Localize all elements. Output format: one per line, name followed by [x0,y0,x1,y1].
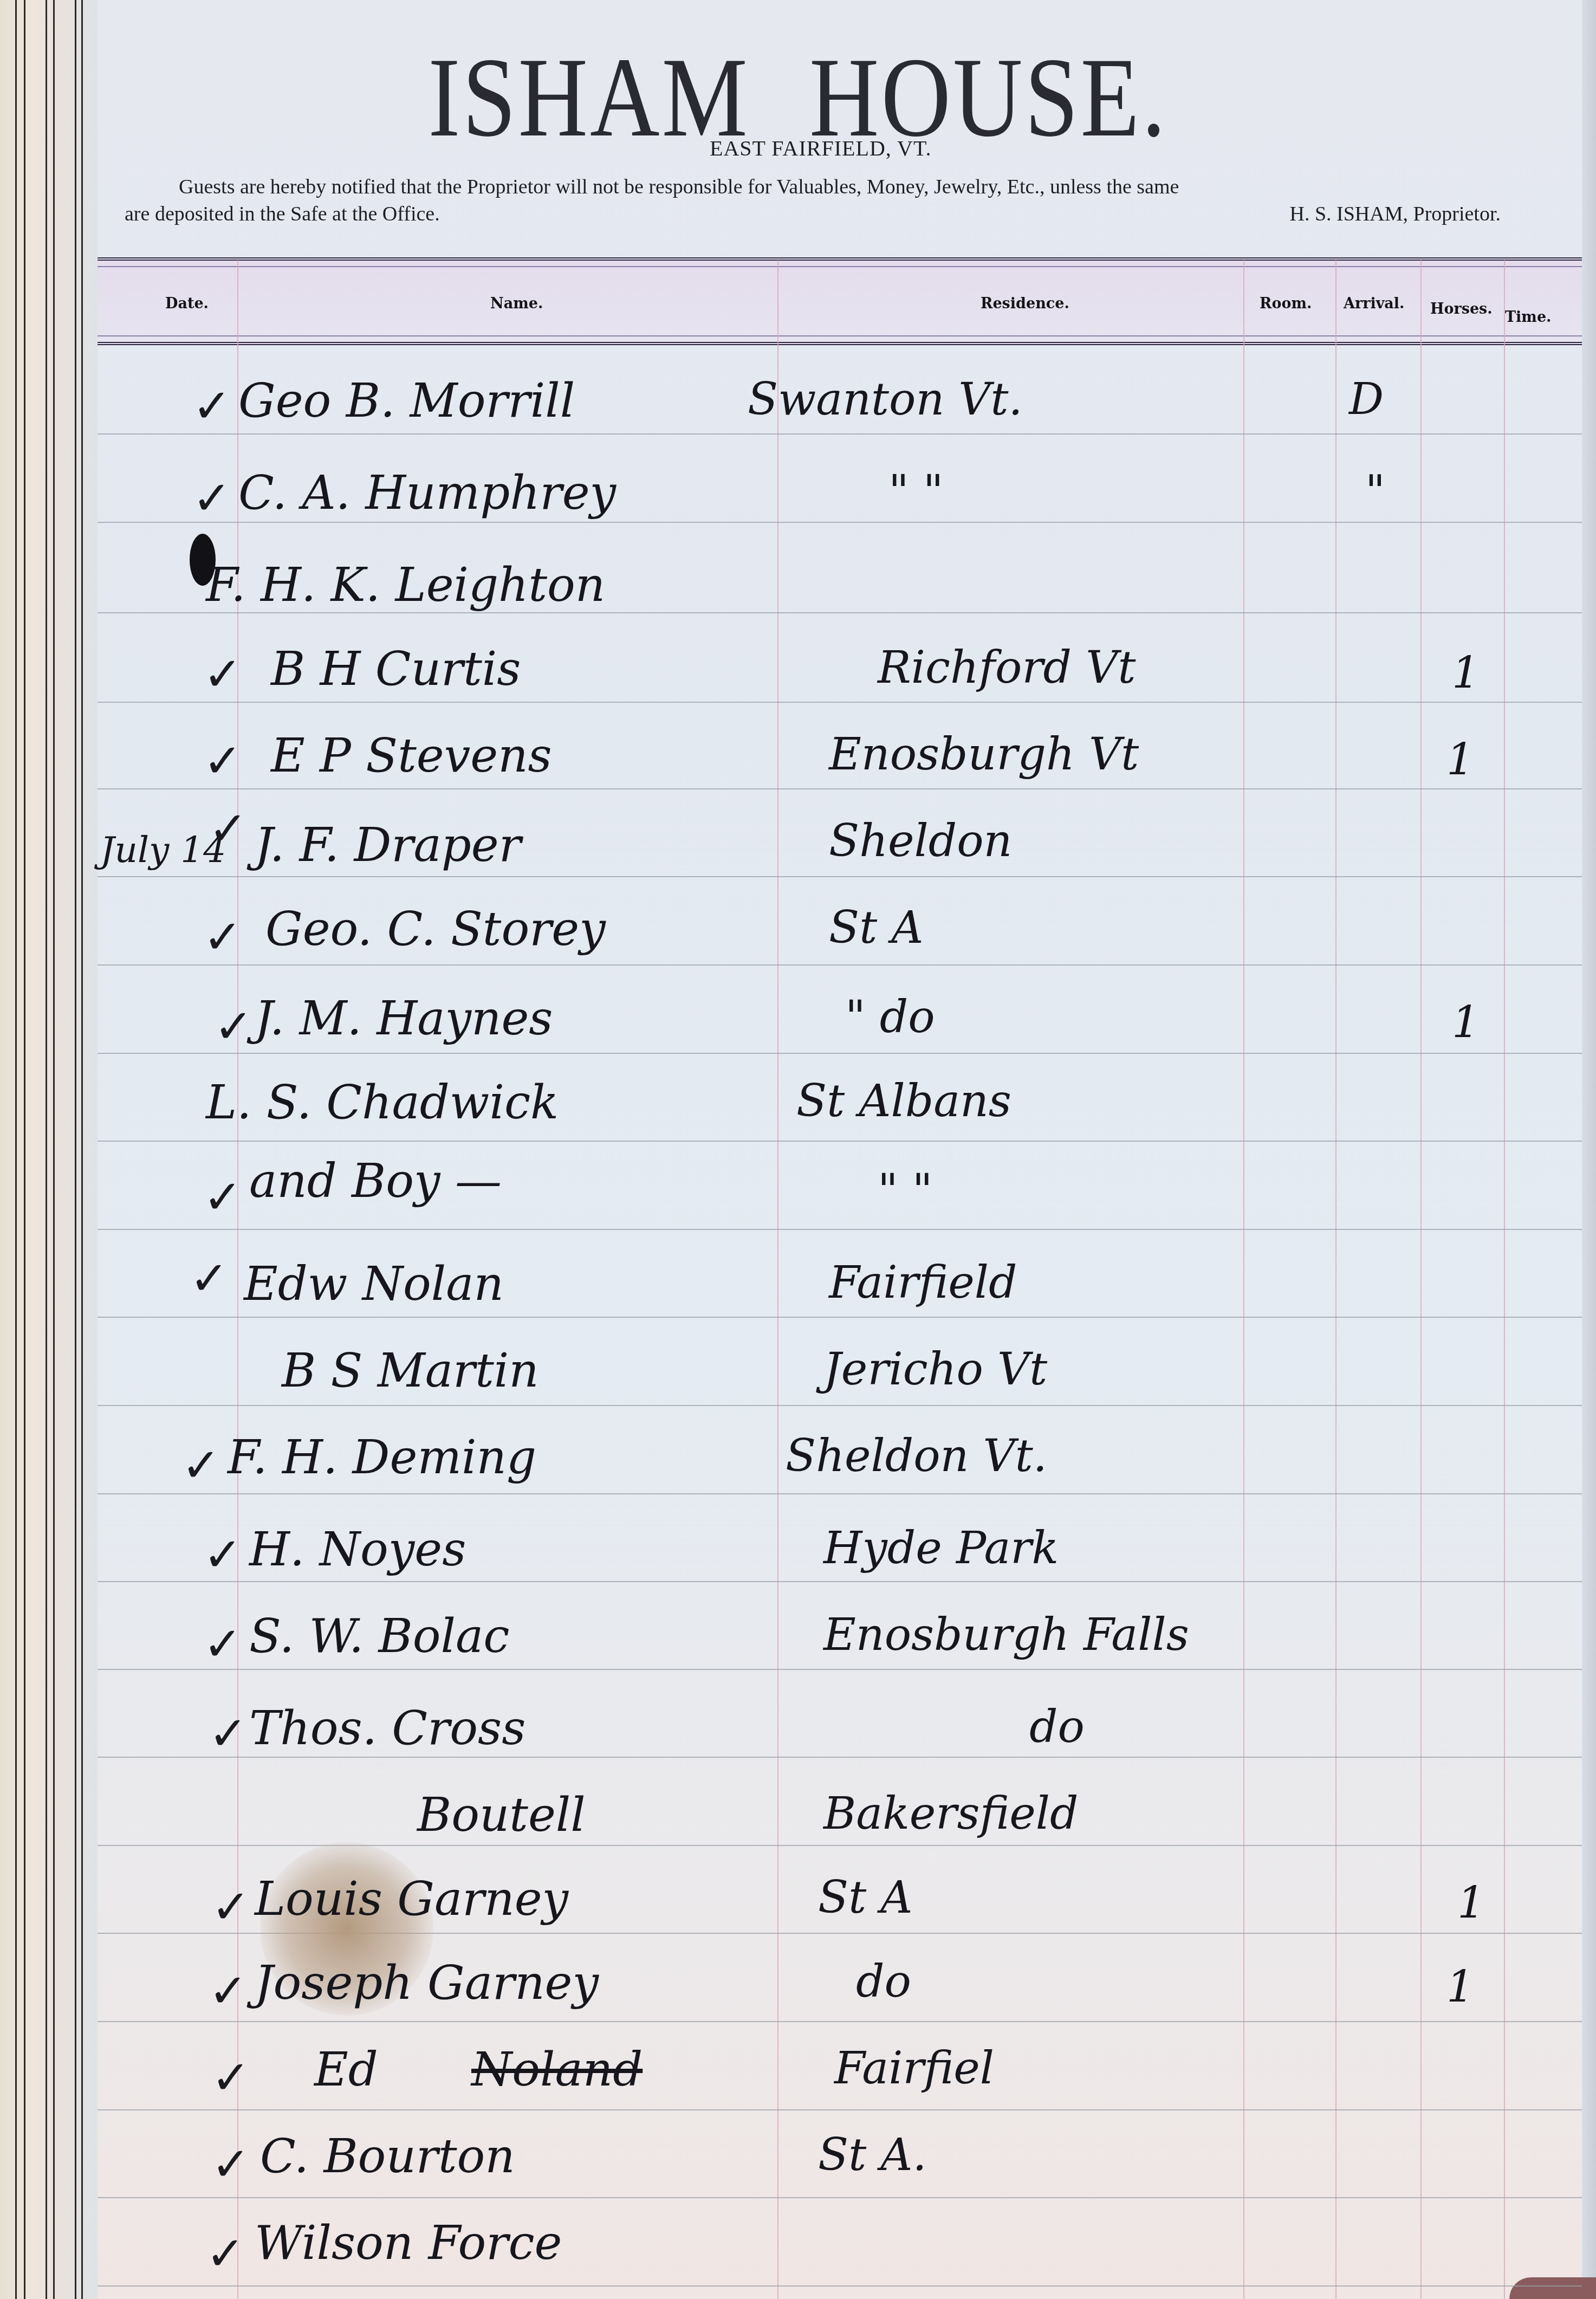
guest-name: C. Bourton [260,2129,515,2184]
column-header-residence: Residence. [981,295,1069,312]
row-rule [98,1141,1582,1142]
column-header-arrival: Arrival. [1344,295,1405,312]
notice-line-1: Guests are hereby notified that the Prop… [125,173,1544,200]
check-mark-icon: ✓ [211,2051,250,2105]
guest-residence: " " [888,466,944,517]
check-mark-icon: ✓ [211,2138,250,2192]
guest-residence: do [856,1956,911,2007]
horses-count: 1 [1452,997,1480,1047]
guest-name: F. H. Deming [228,1430,536,1485]
guest-name: E P Stevens [271,729,552,783]
guest-name: B H Curtis [271,642,521,696]
guest-name: Boutell [417,1788,586,1842]
check-mark-icon: ✓ [209,1964,248,2018]
column-rule-room [1335,260,1337,2299]
guest-residence: Swanton Vt. [748,374,1023,425]
guest-name: Louis Garney [255,1872,568,1926]
check-mark-icon: ✓ [211,1880,250,1934]
struck-surname: Noland [471,2043,643,2097]
row-rule [98,1493,1582,1494]
guest-name: Wilson Force [255,2216,562,2270]
guest-name: Edw Nolan [244,1257,504,1311]
guest-residence: Richford Vt [878,642,1136,694]
guest-name: B S Martin [282,1344,539,1398]
row-rule [98,522,1582,523]
guest-residence: Enosburgh Vt [829,729,1139,780]
row-rule [98,1053,1582,1054]
row-rule [98,1581,1582,1582]
guest-name: C. A. Humphrey [238,466,616,520]
column-rule-arrival [1420,260,1422,2299]
guest-name: Joseph Garney [255,1956,599,2010]
check-mark-icon: ✓ [203,1170,242,1225]
guest-residence: Jericho Vt [823,1344,1047,1395]
guest-residence: St A. [818,2129,926,2181]
register-page: ISHAMHOUSE. EAST FAIRFIELD, VT. Guests a… [0,0,1596,2299]
guest-name: H. Noyes [249,1523,466,1577]
check-mark-icon: ✓ [203,647,242,702]
column-header-room: Room. [1260,295,1312,312]
guest-name: J. F. Draper [255,818,521,872]
guest-residence: Bakersfield [823,1788,1079,1840]
guest-residence: " do [845,992,935,1043]
guest-name: L. S. Chadwick [206,1076,559,1130]
check-mark-icon: ✓ [203,1528,242,1582]
row-rule [98,2109,1582,2110]
check-mark-icon: ✓ [203,734,242,788]
check-mark-icon: ✓ [203,910,242,964]
row-rule [98,2021,1582,2022]
guest-residence: Sheldon Vt. [786,1430,1047,1482]
horses-count: 1 [1452,647,1480,698]
check-mark-icon: ✓ [214,1000,253,1054]
check-mark-icon: ✓ [192,471,231,526]
row-rule [98,1757,1582,1758]
column-header-time: Time. [1505,309,1552,326]
guest-residence: " " [878,1165,933,1216]
row-rule [98,1317,1582,1318]
guest-residence: Enosburgh Falls [823,1609,1189,1661]
row-rule [98,1229,1582,1230]
row-rule [98,2197,1582,2198]
guest-residence: St A [818,1872,912,1924]
guest-name: and Boy — [249,1154,502,1208]
row-rule [98,612,1582,613]
column-header-name: Name. [490,295,543,312]
check-mark-icon: ✓ [203,1617,242,1672]
row-rule [98,876,1582,877]
notice-line-2: are deposited in the Safe at the Office. [125,200,440,228]
location: EAST FAIRFIELD, VT. [710,135,931,161]
guest-name: Ed [314,2043,378,2097]
guest-name: S. W. Bolac [249,1609,509,1663]
guest-name: Geo B. Morrill [238,374,575,428]
entry-date: July 14 [100,829,226,871]
notice: Guests are hereby notified that the Prop… [125,173,1544,228]
check-mark-icon: ✓ [209,802,248,856]
row-rule [98,702,1582,703]
title-word-1: ISHAM [428,34,750,161]
page-edge [1582,0,1596,2299]
guest-residence: St A [829,902,923,954]
guest-residence: Fairfield [829,1257,1017,1309]
row-rule [98,788,1582,789]
column-rule-residence [1243,260,1244,2299]
guest-residence: Sheldon [829,815,1012,867]
column-rule-horses [1504,260,1505,2299]
horses-count: 1 [1457,1877,1485,1928]
check-mark-icon: ✓ [181,1439,220,1493]
row-rule [98,1405,1582,1406]
book-binding [0,0,98,2299]
check-mark-icon: ✓ [206,2227,245,2281]
proprietor-signature: H. S. ISHAM, Proprietor. [1289,200,1501,228]
arrival-mark: " [1365,466,1385,516]
check-mark-icon: ✓ [209,1707,248,1761]
row-rule [98,2285,1582,2287]
column-header-horses: Horses. [1430,301,1493,318]
check-mark-icon: ✓ [192,379,231,433]
guest-residence: Fairfiel [834,2043,994,2094]
check-mark-icon: ✓ [190,1252,229,1306]
column-rule-name [777,260,778,2299]
row-rule [98,964,1582,966]
column-header-date: Date. [165,295,209,312]
guest-residence: do [1029,1701,1085,1753]
guest-residence: St Albans [796,1076,1011,1127]
row-rule [98,433,1582,435]
guest-name: J. M. Haynes [255,992,553,1046]
guest-name: F. H. K. Leighton [206,558,605,612]
guest-name: Thos. Cross [249,1701,525,1756]
row-rule [98,1669,1582,1670]
guest-residence: Hyde Park [823,1523,1059,1574]
guest-name: Geo. C. Storey [265,902,606,956]
book-cover-corner [1509,2277,1596,2299]
arrival-mark: D [1349,374,1384,424]
horses-count: 1 [1446,1961,1474,2012]
horses-count: 1 [1446,734,1474,785]
